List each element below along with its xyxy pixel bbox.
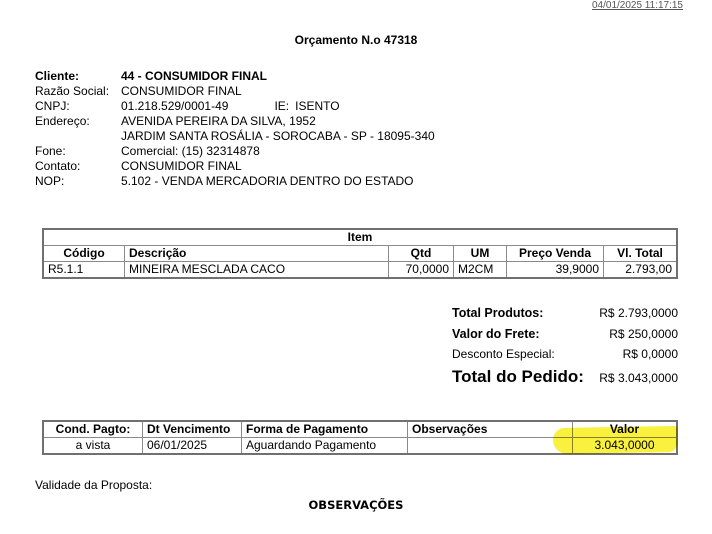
ie-value: ISENTO <box>295 99 339 114</box>
valor-frete-value: R$ 250,0000 <box>609 327 678 341</box>
desconto-value: R$ 0,0000 <box>623 347 678 361</box>
client-row-endereco: Endereço: AVENIDA PEREIRA DA SILVA, 1952 <box>35 114 435 129</box>
cnpj-value: 01.218.529/0001-49 <box>121 99 228 114</box>
pay-observacoes <box>408 438 573 455</box>
page-title: Orçamento N.o 47318 <box>0 33 712 47</box>
col-forma-pagamento: Forma de Pagamento <box>242 421 408 438</box>
endereco-2-value: JARDIM SANTA ROSÁLIA - SOROCABA - SP - 1… <box>121 129 435 144</box>
table-row: R5.1.1 MINEIRA MESCLADA CACO 70,0000 M2C… <box>43 262 677 279</box>
items-group-header: Item <box>43 229 677 246</box>
desconto-label: Desconto Especial: <box>452 347 555 361</box>
valor-frete-label: Valor do Frete: <box>452 327 540 341</box>
total-produtos-value: R$ 2.793,0000 <box>599 306 678 320</box>
client-label: Cliente: <box>35 69 121 84</box>
client-row-fone: Fone: Comercial: (15) 32314878 <box>35 144 435 159</box>
client-row-cnpj: CNPJ: 01.218.529/0001-49 IE: ISENTO <box>35 99 435 114</box>
contato-value: CONSUMIDOR FINAL <box>121 159 242 174</box>
fone-value: Comercial: (15) 32314878 <box>121 144 260 159</box>
col-cond-pagto: Cond. Pagto: <box>43 421 143 438</box>
col-codigo: Código <box>43 246 125 262</box>
item-codigo: R5.1.1 <box>43 262 125 279</box>
col-preco-venda: Preço Venda <box>507 246 604 262</box>
item-qtd: 70,0000 <box>389 262 454 279</box>
timestamp-link[interactable]: 04/01/2025 11:17:15 <box>592 0 683 11</box>
pay-vencimento: 06/01/2025 <box>143 438 242 455</box>
client-row-endereco-2: JARDIM SANTA ROSÁLIA - SOROCABA - SP - 1… <box>35 129 435 144</box>
table-row: a vista 06/01/2025 Aguardando Pagamento … <box>43 438 677 455</box>
col-observacoes: Observações <box>408 421 573 438</box>
item-descricao: MINEIRA MESCLADA CACO <box>125 262 389 279</box>
client-row-cliente: Cliente: 44 - CONSUMIDOR FINAL <box>35 69 435 84</box>
cnpj-label: CNPJ: <box>35 99 121 114</box>
observacoes-title: OBSERVAÇÕES <box>0 498 712 512</box>
client-row-nop: NOP: 5.102 - VENDA MERCADORIA DENTRO DO … <box>35 174 435 189</box>
client-value: 44 - CONSUMIDOR FINAL <box>121 69 267 84</box>
nop-value: 5.102 - VENDA MERCADORIA DENTRO DO ESTAD… <box>121 174 414 189</box>
item-preco-venda: 39,9000 <box>507 262 604 279</box>
client-info: Cliente: 44 - CONSUMIDOR FINAL Razão Soc… <box>35 69 435 189</box>
items-header-row: Código Descrição Qtd UM Preço Venda Vl. … <box>43 246 677 262</box>
payment-header-row: Cond. Pagto: Dt Vencimento Forma de Paga… <box>43 421 677 438</box>
total-produtos-row: Total Produtos: R$ 2.793,0000 <box>452 306 678 327</box>
item-um: M2CM <box>454 262 507 279</box>
contato-label: Contato: <box>35 159 121 174</box>
col-um: UM <box>454 246 507 262</box>
col-dt-vencimento: Dt Vencimento <box>143 421 242 438</box>
col-valor: Valor <box>573 421 678 438</box>
razao-social-label: Razão Social: <box>35 84 121 99</box>
valor-frete-row: Valor do Frete: R$ 250,0000 <box>452 327 678 347</box>
totals-block: Total Produtos: R$ 2.793,0000 Valor do F… <box>452 306 678 387</box>
payment-table: Cond. Pagto: Dt Vencimento Forma de Paga… <box>42 420 678 455</box>
pay-forma: Aguardando Pagamento <box>242 438 408 455</box>
desconto-row: Desconto Especial: R$ 0,0000 <box>452 347 678 367</box>
total-pedido-row: Total do Pedido: R$ 3.043,0000 <box>452 367 678 387</box>
client-row-razao-social: Razão Social: CONSUMIDOR FINAL <box>35 84 435 99</box>
col-qtd: Qtd <box>389 246 454 262</box>
total-pedido-label: Total do Pedido: <box>452 367 584 387</box>
pay-valor: 3.043,0000 <box>573 438 678 455</box>
nop-label: NOP: <box>35 174 121 189</box>
razao-social-value: CONSUMIDOR FINAL <box>121 84 242 99</box>
item-vl-total: 2.793,00 <box>604 262 678 279</box>
client-row-contato: Contato: CONSUMIDOR FINAL <box>35 159 435 174</box>
ie-label: IE: <box>274 99 289 114</box>
endereco-label: Endereço: <box>35 114 121 129</box>
endereco-2-label <box>35 129 121 144</box>
col-vl-total: Vl. Total <box>604 246 678 262</box>
validade-label: Validade da Proposta: <box>35 478 152 492</box>
endereco-value: AVENIDA PEREIRA DA SILVA, 1952 <box>121 114 316 129</box>
total-pedido-value: R$ 3.043,0000 <box>599 371 678 385</box>
items-table: Item Código Descrição Qtd UM Preço Venda… <box>42 228 678 279</box>
col-descricao: Descrição <box>125 246 389 262</box>
fone-label: Fone: <box>35 144 121 159</box>
total-produtos-label: Total Produtos: <box>452 306 543 320</box>
pay-cond: a vista <box>43 438 143 455</box>
